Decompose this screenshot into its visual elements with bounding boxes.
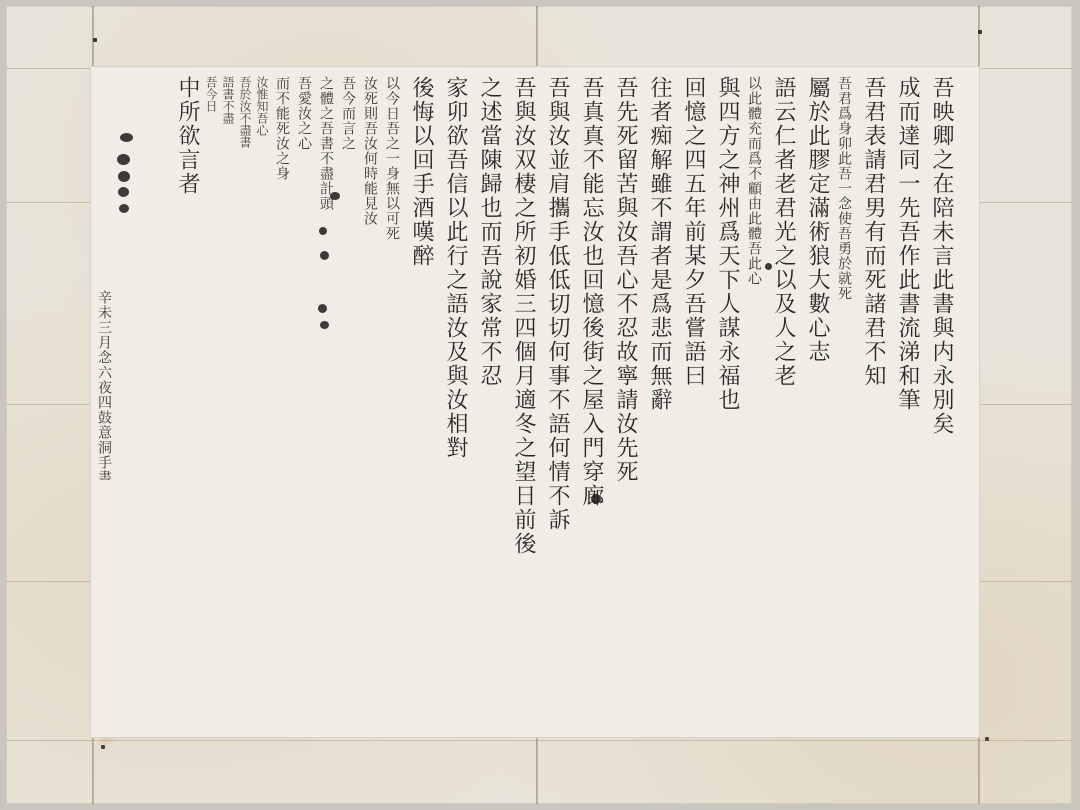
text-column: 之述當陳歸也而吾說家常不忍 — [474, 76, 504, 726]
ink-blot — [120, 133, 133, 142]
ink-blot — [119, 204, 129, 213]
ink-blot — [118, 187, 129, 197]
ink-blot — [118, 171, 130, 182]
ink-blot — [318, 304, 327, 313]
text-column: 家卯欲吾信以此行之語汝及與汝相對 — [440, 76, 470, 726]
text-column: 汝惟知吾心 — [255, 76, 270, 726]
pin-hole — [93, 38, 97, 42]
text-column: 後悔以回手酒嘆醉 — [406, 76, 436, 726]
text-column: 以今日吾之一身無以可死 — [383, 76, 402, 726]
text-column: 汝死則吾汝何時能見汝 — [361, 76, 380, 726]
text-column: 回憶之四五年前某夕吾嘗語曰 — [678, 76, 708, 726]
signature: 辛未三月念六夜四鼓意洞手書 — [95, 290, 114, 480]
text-column: 之體之吾書不盡計頭 — [317, 76, 336, 726]
ink-blot — [330, 192, 340, 200]
text-column: 吾於汝不盡書 — [238, 76, 253, 726]
text-column: 以此體充而爲不顧由此體吾此心 — [745, 76, 764, 726]
text-column: 屬於此膠定滿術狼大數心志 — [802, 76, 832, 726]
text-column: 吾今日 — [204, 76, 219, 726]
fold-crease — [6, 740, 1072, 741]
text-column: 語云仁者老君光之以及人之老 — [768, 76, 798, 726]
text-column: 吾君爲身卯此吾一念使吾勇於就死 — [835, 76, 854, 726]
text-column: 吾先死留苦與汝吾心不忍故寧請汝先死 — [610, 76, 640, 726]
text-column: 語書不盡 — [221, 76, 236, 726]
pin-hole — [978, 30, 982, 34]
ink-blot — [320, 321, 329, 329]
text-column: 與四方之神州爲天下人謀永福也 — [712, 76, 742, 726]
text-column: 吾愛汝之心 — [295, 76, 314, 726]
ink-blot — [591, 494, 601, 504]
ink-blot — [320, 251, 329, 260]
text-column: 吾今而言之 — [339, 76, 358, 726]
text-column: 中所欲言者 — [172, 76, 202, 726]
text-column: 往者痴解雖不謂者是爲悲而無辭 — [644, 76, 674, 726]
text-column: 吾映卿之在陪未言此書與内永別矣 — [926, 76, 956, 726]
text-column: 成而達同一先吾作此書流涕和筆 — [892, 76, 922, 726]
pin-hole — [985, 737, 989, 741]
text-column: 吾與汝並肩攜手低低切切何事不語何情不訴 — [542, 76, 572, 726]
pin-hole — [101, 745, 105, 749]
ink-blot — [117, 154, 130, 165]
text-column: 而不能死汝之身 — [273, 76, 292, 726]
ink-blot — [319, 227, 327, 235]
text-columns: 吾映卿之在陪未言此書與内永別矣 成而達同一先吾作此書流涕和筆 吾君表請君男有而死… — [96, 76, 956, 726]
ink-blot — [765, 263, 772, 270]
text-column: 吾與汝双棲之所初婚三四個月適冬之望日前後 — [508, 76, 538, 726]
text-column: 吾真真不能忘汝也回憶後街之屋入門穿廊 — [576, 76, 606, 726]
text-column: 吾君表請君男有而死諸君不知 — [858, 76, 888, 726]
